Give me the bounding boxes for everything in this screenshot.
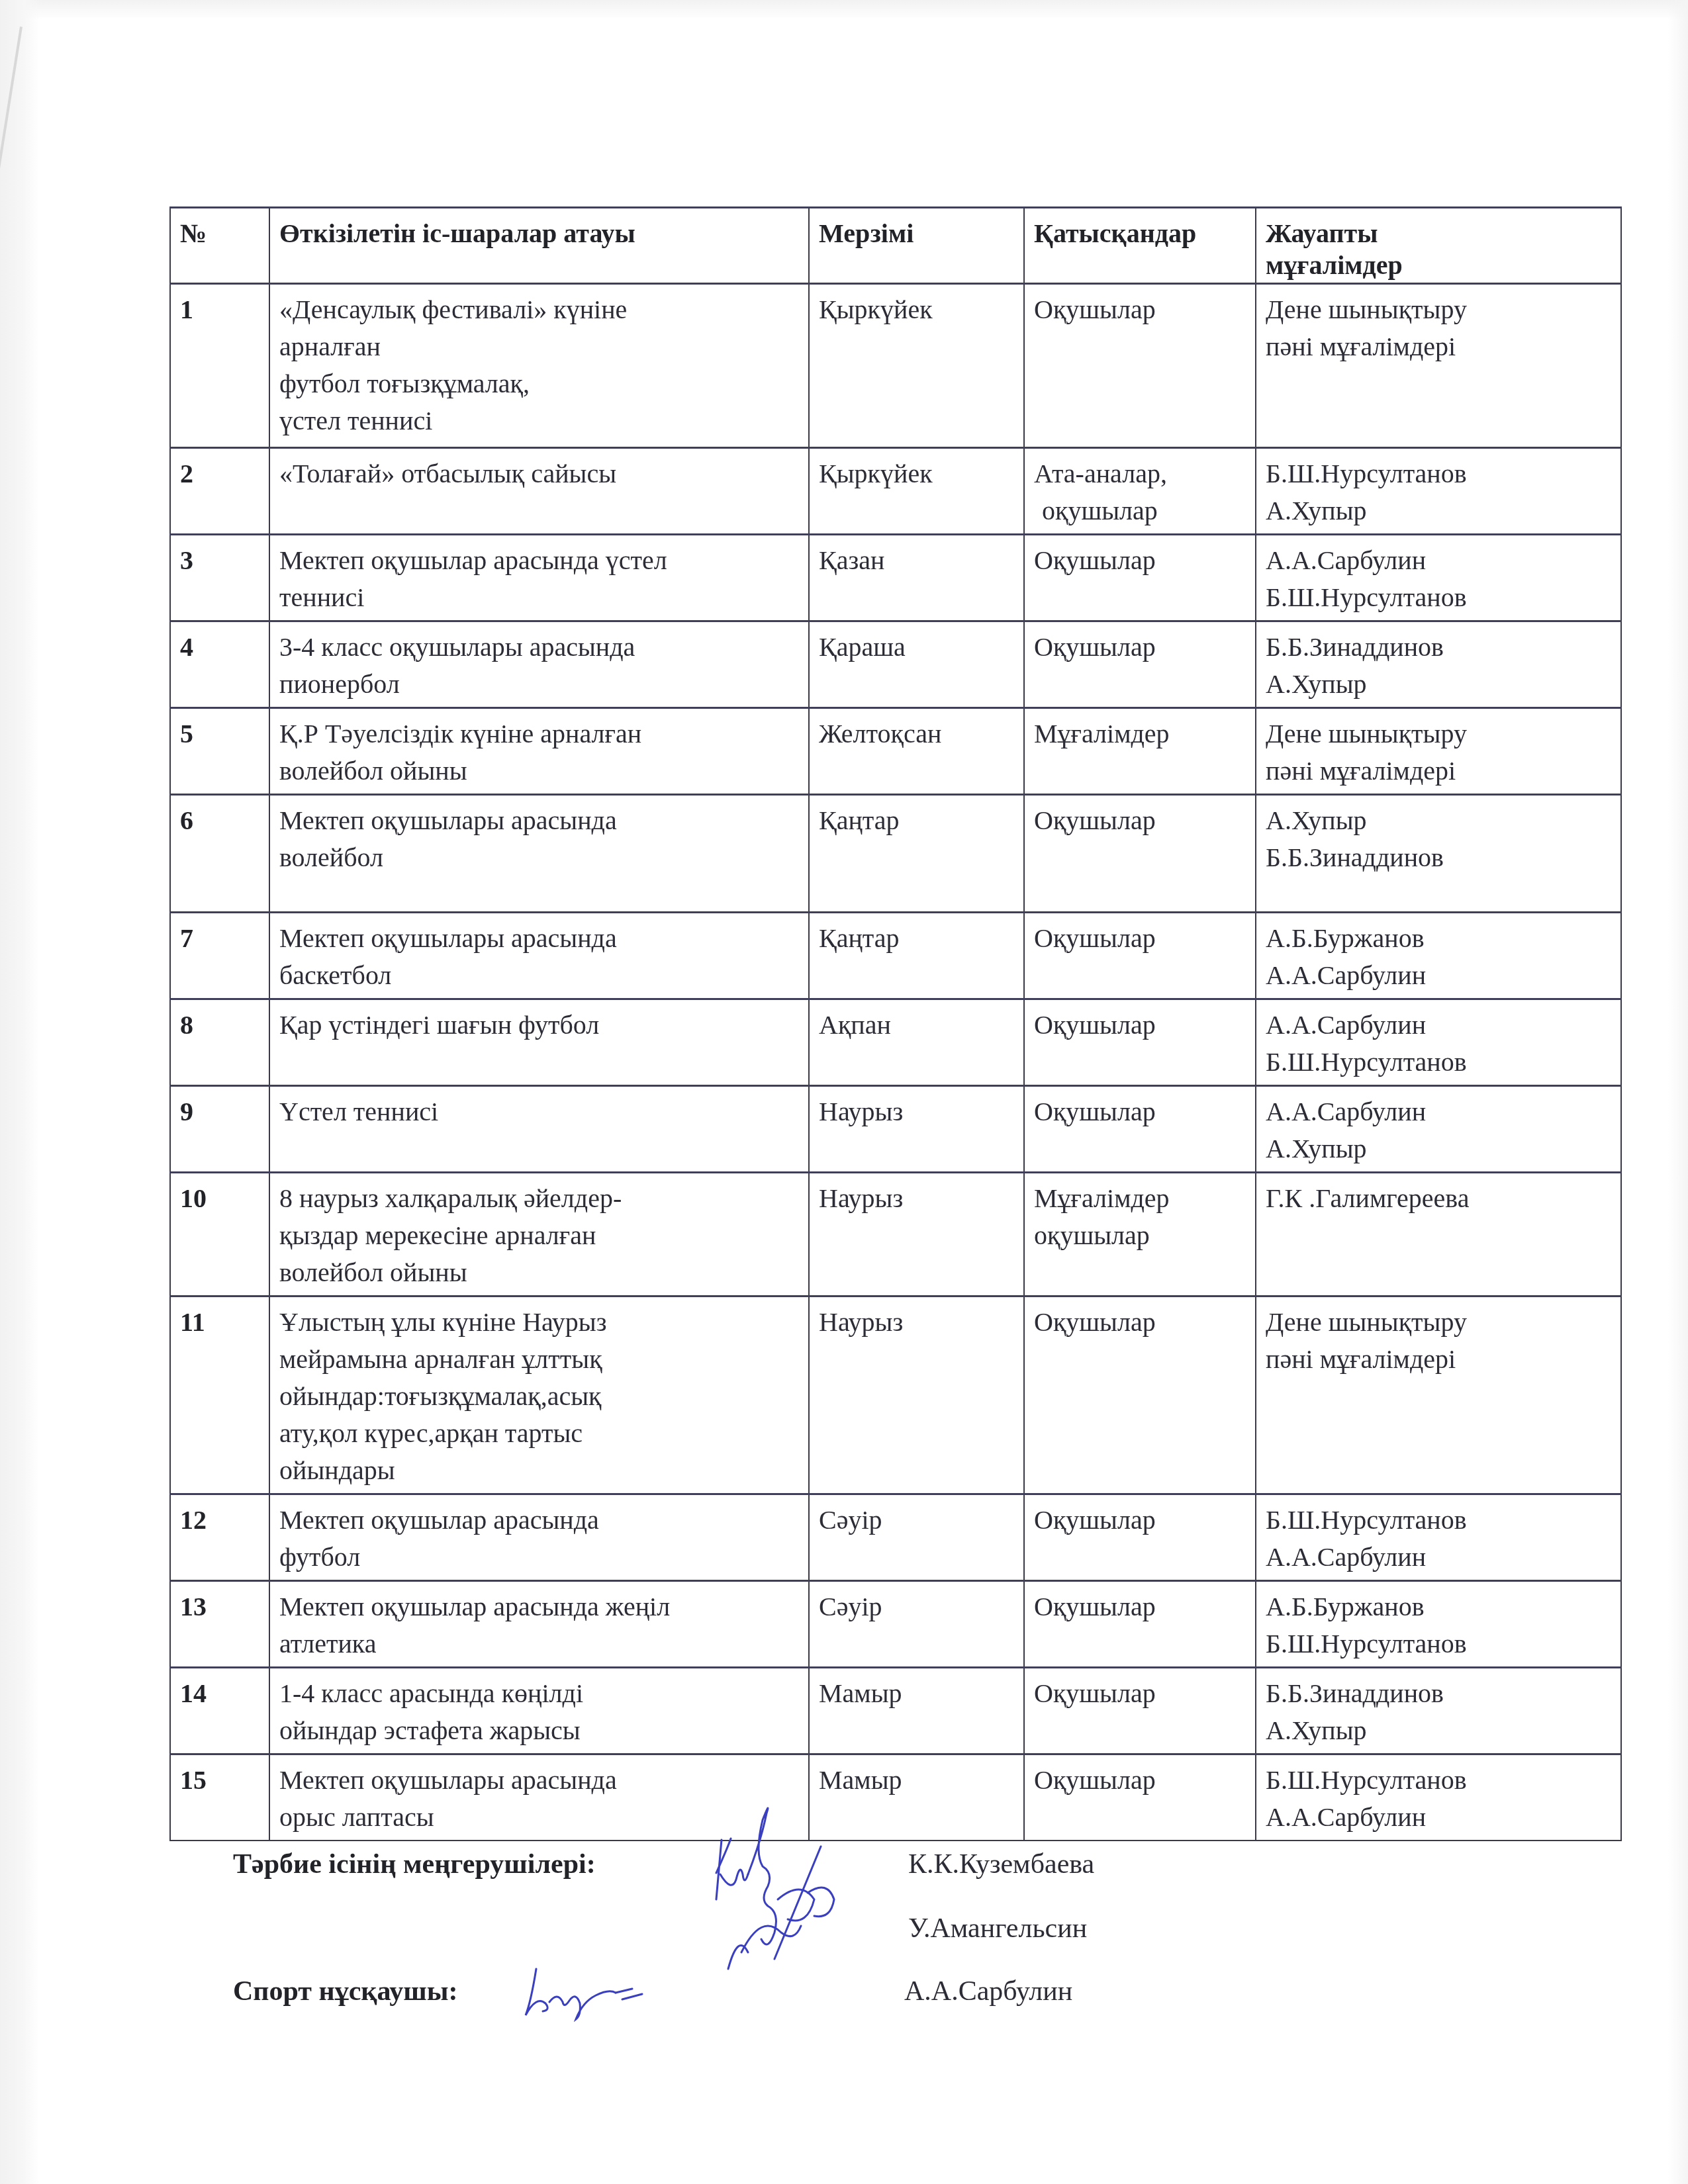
responsible-line: Дене шынықтыру [1266, 715, 1611, 752]
participants-line: Оқушылар [1034, 802, 1246, 839]
participants-cell: Оқушылар [1024, 795, 1256, 913]
row-number: 6 [170, 795, 269, 913]
event-name-line: 3-4 класс оқушылары арасында [279, 629, 799, 666]
event-name-line: орыс лаптасы [279, 1799, 799, 1836]
responsible-line: А.А.Сарбулин [1266, 1799, 1611, 1836]
participants-line: Оқушылар [1034, 542, 1246, 579]
event-name-cell: «Денсаулық фестивалі» күнінеарналғанфутб… [269, 284, 809, 448]
participants-cell: Оқушылар [1024, 284, 1256, 448]
scan-edge-left [0, 0, 40, 2184]
event-name-line: пионербол [279, 666, 799, 703]
table-row: 5Қ.Р Тәуелсіздік күніне арналғанволейбол… [170, 708, 1621, 795]
event-name-line: Ұлыстың ұлы күніне Наурыз [279, 1304, 799, 1341]
participants-line: Оқушылар [1034, 1007, 1246, 1044]
table-row: 3Мектеп оқушылар арасында үстелтеннисіҚа… [170, 535, 1621, 621]
row-number: 12 [170, 1494, 269, 1581]
event-date-cell: Сәуір [809, 1494, 1024, 1581]
table-row: 1«Денсаулық фестивалі» күнінеарналғанфут… [170, 284, 1621, 448]
responsible-line: пәні мұғалімдері [1266, 1341, 1611, 1378]
table-row: 7Мектеп оқушылары арасындабаскетболҚаңта… [170, 913, 1621, 999]
participants-line: Оқушылар [1034, 1762, 1246, 1799]
participants-line: Оқушылар [1034, 1093, 1246, 1130]
event-name-cell: Мектеп оқушылары арасындаорыс лаптасы [269, 1754, 809, 1841]
responsible-line: А.Хупыр [1266, 1130, 1611, 1167]
table-row: 13Мектеп оқушылар арасында жеңілатлетика… [170, 1581, 1621, 1668]
participants-cell: Оқушылар [1024, 1086, 1256, 1173]
event-name-cell: Үстел теннисі [269, 1086, 809, 1173]
participants-line: Оқушылар [1034, 920, 1246, 957]
event-name-cell: Ұлыстың ұлы күніне Наурызмейрамына арнал… [269, 1297, 809, 1494]
responsible-line: А.Б.Буржанов [1266, 1588, 1611, 1625]
responsible-line: А.Б.Буржанов [1266, 920, 1611, 957]
event-name-line: Мектеп оқушылар арасында [279, 1502, 799, 1539]
responsible-line: Б.Ш.Нурсултанов [1266, 1625, 1611, 1662]
table-row: 12Мектеп оқушылар арасындафутболСәуірОқу… [170, 1494, 1621, 1581]
responsible-line: Б.Ш.Нурсултанов [1266, 1044, 1611, 1081]
event-name-line: Мектеп оқушылары арасында [279, 1762, 799, 1799]
table-row: 11Ұлыстың ұлы күніне Наурызмейрамына арн… [170, 1297, 1621, 1494]
event-name-line: Мектеп оқушылар арасында үстел [279, 542, 799, 579]
table-row: 141-4 класс арасында көңілдіойындар эста… [170, 1668, 1621, 1754]
sport-instructor-label: Спорт нұсқаушы: [233, 1976, 458, 2007]
event-date-cell: Қаңтар [809, 913, 1024, 999]
event-name-line: Мектеп оқушылары арасында [279, 802, 799, 839]
event-date-cell: Наурыз [809, 1297, 1024, 1494]
event-date-cell: Желтоқсан [809, 708, 1024, 795]
responsible-line: Б.Ш.Нурсултанов [1266, 579, 1611, 616]
event-date-cell: Наурыз [809, 1173, 1024, 1297]
event-name-line: үстел теннисі [279, 402, 799, 439]
event-name-line: волейбол ойыны [279, 752, 799, 790]
responsible-cell: Дене шынықтырупәні мұғалімдері [1256, 1297, 1621, 1494]
responsible-cell: Дене шынықтырупәні мұғалімдері [1256, 284, 1621, 448]
participants-line: Ата-аналар, [1034, 455, 1246, 492]
table-header-row: № Өткізілетін іс-шаралар атауы Мерзімі Қ… [170, 208, 1621, 284]
event-name-line: баскетбол [279, 957, 799, 994]
participants-cell: Оқушылар [1024, 1581, 1256, 1668]
responsible-cell: А.А.СарбулинА.Хупыр [1256, 1086, 1621, 1173]
event-name-line: Қар үстіндегі шағын футбол [279, 1007, 799, 1044]
event-name-line: футбол тоғызқұмалақ, [279, 365, 799, 402]
responsible-line: Б.Б.Зинаддинов [1266, 1675, 1611, 1712]
signature-icon [516, 1962, 662, 2022]
row-number: 3 [170, 535, 269, 621]
event-name-line: ату,қол күрес,арқан тартыс [279, 1415, 799, 1452]
event-name-line: Мектеп оқушылары арасында [279, 920, 799, 957]
row-number: 15 [170, 1754, 269, 1841]
table-row: 6Мектеп оқушылары арасындаволейболҚаңтар… [170, 795, 1621, 913]
header-date: Мерзімі [809, 208, 1024, 284]
responsible-cell: Б.Б.ЗинаддиновА.Хупыр [1256, 1668, 1621, 1754]
participants-line: оқушылар [1034, 492, 1246, 529]
event-name-line: арналған [279, 328, 799, 365]
row-number: 10 [170, 1173, 269, 1297]
participants-cell: Оқушылар [1024, 913, 1256, 999]
responsible-line: пәні мұғалімдері [1266, 328, 1611, 365]
participants-line: Оқушылар [1034, 1588, 1246, 1625]
event-name-line: волейбол ойыны [279, 1254, 799, 1291]
participants-line: Оқушылар [1034, 1304, 1246, 1341]
responsible-line: Б.Ш.Нурсултанов [1266, 1502, 1611, 1539]
responsible-line: Б.Б.Зинаддинов [1266, 629, 1611, 666]
event-date-cell: Наурыз [809, 1086, 1024, 1173]
education-head-name: У.Амангельсин [908, 1913, 1087, 1944]
responsible-cell: А.Б.БуржановБ.Ш.Нурсултанов [1256, 1581, 1621, 1668]
participants-line: Мұғалімдер [1034, 715, 1246, 752]
event-date-cell: Сәуір [809, 1581, 1024, 1668]
responsible-cell: А.А.СарбулинБ.Ш.Нурсултанов [1256, 999, 1621, 1086]
table-row: 2«Толағай» отбасылық сайысыҚыркүйекАта-а… [170, 448, 1621, 535]
responsible-cell: Б.Б.ЗинаддиновА.Хупыр [1256, 621, 1621, 708]
event-name-line: волейбол [279, 839, 799, 876]
responsible-cell: А.ХупырБ.Б.Зинаддинов [1256, 795, 1621, 913]
event-date-cell: Ақпан [809, 999, 1024, 1086]
event-name-cell: Мектеп оқушылар арасында жеңілатлетика [269, 1581, 809, 1668]
event-name-cell: Мектеп оқушылар арасында үстелтеннисі [269, 535, 809, 621]
event-name-cell: «Толағай» отбасылық сайысы [269, 448, 809, 535]
event-name-line: мейрамына арналған ұлттық [279, 1341, 799, 1378]
row-number: 2 [170, 448, 269, 535]
responsible-cell: А.Б.БуржановА.А.Сарбулин [1256, 913, 1621, 999]
row-number: 4 [170, 621, 269, 708]
responsible-line: Дене шынықтыру [1266, 291, 1611, 328]
header-event-name: Өткізілетін іс-шаралар атауы [269, 208, 809, 284]
participants-line: Мұғалімдер [1034, 1180, 1246, 1217]
responsible-cell: А.А.СарбулинБ.Ш.Нурсултанов [1256, 535, 1621, 621]
event-date-cell: Қазан [809, 535, 1024, 621]
header-participants: Қатысқандар [1024, 208, 1256, 284]
responsible-line: А.А.Сарбулин [1266, 957, 1611, 994]
responsible-line: А.А.Сарбулин [1266, 1539, 1611, 1576]
row-number: 14 [170, 1668, 269, 1754]
responsible-line: А.А.Сарбулин [1266, 1093, 1611, 1130]
participants-cell: Мұғалімдероқушылар [1024, 1173, 1256, 1297]
event-date-cell: Қыркүйек [809, 448, 1024, 535]
participants-cell: Оқушылар [1024, 1494, 1256, 1581]
event-name-line: футбол [279, 1539, 799, 1576]
event-date-cell: Мамыр [809, 1668, 1024, 1754]
event-name-cell: 3-4 класс оқушылары арасындапионербол [269, 621, 809, 708]
event-date-cell: Мамыр [809, 1754, 1024, 1841]
row-number: 9 [170, 1086, 269, 1173]
row-number: 11 [170, 1297, 269, 1494]
responsible-line: Г.К .Галимгереева [1266, 1180, 1611, 1217]
participants-line: Оқушылар [1034, 1675, 1246, 1712]
header-responsible-line: Жауапты [1266, 215, 1611, 252]
responsible-cell: Б.Ш.НурсултановА.А.Сарбулин [1256, 1494, 1621, 1581]
responsible-line: А.Хупыр [1266, 666, 1611, 703]
event-name-cell: Қ.Р Тәуелсіздік күніне арналғанволейбол … [269, 708, 809, 795]
responsible-line: А.Хупыр [1266, 1712, 1611, 1749]
row-number: 5 [170, 708, 269, 795]
participants-line: Оқушылар [1034, 629, 1246, 666]
event-name-line: ойындар эстафета жарысы [279, 1712, 799, 1749]
event-name-line: «Толағай» отбасылық сайысы [279, 455, 799, 492]
responsible-cell: Г.К .Галимгереева [1256, 1173, 1621, 1297]
responsible-line: А.Хупыр [1266, 492, 1611, 529]
responsible-line: Б.Ш.Нурсултанов [1266, 455, 1611, 492]
event-name-line: атлетика [279, 1625, 799, 1662]
event-date-cell: Қыркүйек [809, 284, 1024, 448]
event-date-cell: Қаңтар [809, 795, 1024, 913]
event-name-line: Қ.Р Тәуелсіздік күніне арналған [279, 715, 799, 752]
participants-cell: Ата-аналар,оқушылар [1024, 448, 1256, 535]
sport-instructor-name: А.А.Сарбулин [904, 1976, 1072, 2007]
scan-edge-right [1668, 0, 1688, 2184]
row-number: 13 [170, 1581, 269, 1668]
events-plan-table: № Өткізілетін іс-шаралар атауы Мерзімі Қ… [169, 206, 1622, 1841]
responsible-cell: Б.Ш.НурсултановА.А.Сарбулин [1256, 1754, 1621, 1841]
participants-cell: Мұғалімдер [1024, 708, 1256, 795]
participants-cell: Оқушылар [1024, 999, 1256, 1086]
event-name-line: 8 наурыз халқаралық әйелдер- [279, 1180, 799, 1217]
event-name-cell: 1-4 класс арасында көңілдіойындар эстафе… [269, 1668, 809, 1754]
event-name-line: Мектеп оқушылар арасында жеңіл [279, 1588, 799, 1625]
responsible-line: Б.Ш.Нурсултанов [1266, 1762, 1611, 1799]
event-name-cell: Мектеп оқушылар арасындафутбол [269, 1494, 809, 1581]
event-name-line: «Денсаулық фестивалі» күніне [279, 291, 799, 328]
table-body: 1«Денсаулық фестивалі» күнінеарналғанфут… [170, 284, 1621, 1841]
event-name-cell: Қар үстіндегі шағын футбол [269, 999, 809, 1086]
table-row: 43-4 класс оқушылары арасындапионерболҚа… [170, 621, 1621, 708]
participants-cell: Оқушылар [1024, 1297, 1256, 1494]
responsible-cell: Б.Ш.НурсултановА.Хупыр [1256, 448, 1621, 535]
row-number: 8 [170, 999, 269, 1086]
responsible-line: пәні мұғалімдері [1266, 752, 1611, 790]
header-responsible: Жауапты мұғалімдер [1256, 208, 1621, 284]
row-number: 1 [170, 284, 269, 448]
event-name-line: Үстел теннисі [279, 1093, 799, 1130]
participants-cell: Оқушылар [1024, 535, 1256, 621]
table-row: 8Қар үстіндегі шағын футболАқпанОқушылар… [170, 999, 1621, 1086]
event-name-line: ойындары [279, 1452, 799, 1489]
scan-edge-top [0, 0, 1688, 20]
row-number: 7 [170, 913, 269, 999]
header-num: № [170, 208, 269, 284]
participants-line: Оқушылар [1034, 1502, 1246, 1539]
event-name-line: қыздар мерекесіне арналған [279, 1217, 799, 1254]
responsible-cell: Дене шынықтырупәні мұғалімдері [1256, 708, 1621, 795]
responsible-line: Дене шынықтыру [1266, 1304, 1611, 1341]
participants-cell: Оқушылар [1024, 621, 1256, 708]
responsible-line: Б.Б.Зинаддинов [1266, 839, 1611, 876]
education-head-name: К.К.Куземб​аева [908, 1848, 1094, 1880]
participants-cell: Оқушылар [1024, 1668, 1256, 1754]
header-responsible-line: мұғалімдер [1266, 252, 1611, 279]
event-name-cell: Мектеп оқушылары арасындабаскетбол [269, 913, 809, 999]
responsible-line: А.Хупыр [1266, 802, 1611, 839]
event-name-line: 1-4 класс арасында көңілді [279, 1675, 799, 1712]
event-date-cell: Қараша [809, 621, 1024, 708]
education-heads-label: Тәрбие ісінің меңгерушілері: [233, 1848, 596, 1880]
table-row: 9Үстел теннисіНаурызОқушыларА.А.Сарбулин… [170, 1086, 1621, 1173]
event-name-cell: Мектеп оқушылары арасындаволейбол [269, 795, 809, 913]
responsible-line: А.А.Сарбулин [1266, 1007, 1611, 1044]
event-name-line: теннисі [279, 579, 799, 616]
participants-line: Оқушылар [1034, 291, 1246, 328]
table-row: 15Мектеп оқушылары арасындаорыс лаптасыМ… [170, 1754, 1621, 1841]
event-name-line: ойындар:тоғызқұмалақ,асық [279, 1378, 799, 1415]
responsible-line: А.А.Сарбулин [1266, 542, 1611, 579]
participants-cell: Оқушылар [1024, 1754, 1256, 1841]
table-row: 108 наурыз халқаралық әйелдер-қыздар мер… [170, 1173, 1621, 1297]
participants-line: оқушылар [1034, 1217, 1246, 1254]
event-name-cell: 8 наурыз халқаралық әйелдер-қыздар мерек… [269, 1173, 809, 1297]
